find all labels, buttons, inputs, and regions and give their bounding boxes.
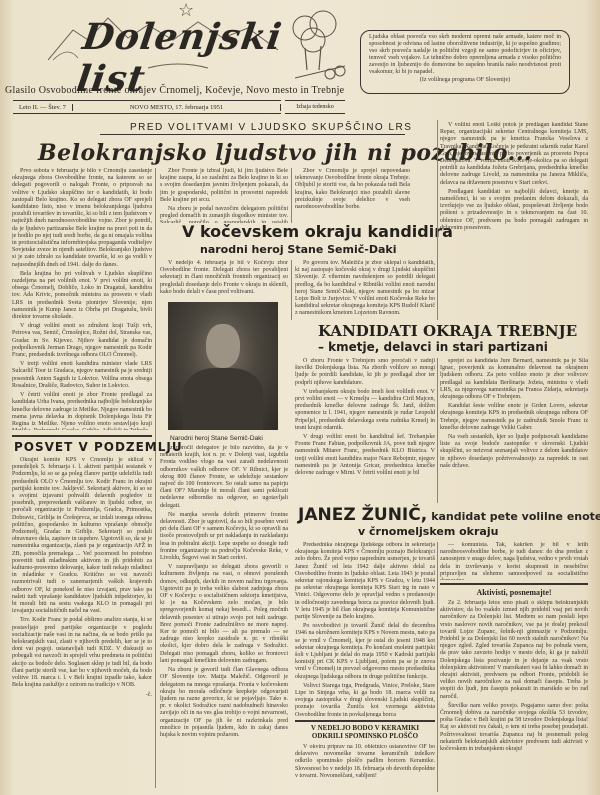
paragraph: Na zboru je govoril tudi član Glavnega o… — [160, 667, 288, 739]
year-issue: Leto II. — Štev. 7 — [13, 104, 72, 111]
divider — [440, 583, 588, 585]
divider — [295, 720, 435, 722]
paragraph: V tretji volilni enoti kandidira ministe… — [12, 361, 152, 390]
article-kocevje-col1: Iz poročil delegatov je bilo razvidno, d… — [160, 445, 288, 790]
column-divider — [437, 358, 438, 503]
article-posvet: Okrajni komite KPS v Črnomlju je sklical… — [12, 457, 152, 790]
paragraph: V drugi volilni enoti bo kandidiral šef.… — [295, 434, 435, 477]
headline-trebnje: KANDIDATI OKRAJA TREBNJE — [318, 322, 577, 340]
paragraph: Številke nam veliko povejo. Pogajamo sam… — [440, 703, 588, 753]
paragraph: Na vseh sestankih, kjer so ljudje podpis… — [440, 434, 588, 470]
paragraph: Bela krajina bo pri volitvah v Ljudsko s… — [12, 271, 152, 321]
paragraph: V trebanjskem okraju bodo imeli šest vol… — [295, 389, 435, 432]
article-kocevje-col3: V volilni enoti Loški potok je predlagan… — [440, 122, 588, 320]
paragraph: V okviru priprav na 10. obletnico ustano… — [295, 744, 435, 780]
paragraph: Po osvoboditvi je tovariš Žunič delal do… — [295, 623, 435, 681]
headline-zunic-name: JANEZ ŽUNIČ, — [298, 505, 427, 525]
headline-zunic: JANEZ ŽUNIČ, kandidat pete volilne enote — [298, 505, 600, 525]
quote-text: Ljudska oblast posveča vso skrb moderni … — [369, 34, 561, 75]
headline-posvet: POSVET V PODZEMLJU — [14, 440, 183, 454]
paragraph: Tov. Kodir Franc je podal obširno analiz… — [12, 617, 152, 689]
column-divider — [437, 542, 438, 792]
portrait-face — [206, 324, 240, 368]
portrait-body — [183, 368, 263, 430]
headline-zunic-rest: kandidat pete volilne enote — [431, 510, 600, 523]
article-bela-krajina-col1: Prvo sobota v februarju je bilo v Črnoml… — [12, 168, 152, 430]
article-bela-krajina-col3: Zbor v Črnomlju je sprejel nepovedano te… — [295, 168, 410, 223]
signature: -č. — [12, 692, 152, 699]
paragraph: Predsednika okrajnega ljudskega odbora i… — [295, 542, 435, 621]
paragraph: Okrajni komite KPS v Črnomlju je sklical… — [12, 457, 152, 615]
paragraph: O zboru Fronte v Trebnjem smo poročali v… — [295, 358, 435, 387]
paragraph: Predlagani kandidati so najboljši delavc… — [440, 189, 588, 232]
photo-caption: Narodni heroj Stane Semič-Daki — [170, 435, 263, 442]
paragraph: Že 2. februarja letos smo pisali o sklep… — [440, 600, 588, 701]
column-divider — [155, 168, 156, 788]
article-zunic-col1: Predsednika okrajnega ljudskega odbora i… — [295, 542, 435, 717]
portrait-photo-stane-semic-daki — [168, 302, 278, 430]
paragraph: Na zboru je podal navzočim delegatom pol… — [160, 206, 288, 223]
article-keramika: V okviru priprav na 10. obletnico ustano… — [295, 744, 435, 790]
paragraph: V volilni enoti Loški potok je predlagan… — [440, 122, 588, 187]
quote-source: (Iz volilnega programa OF Slovenije) — [369, 77, 561, 84]
place-date: NOVO MESTO, 17. februarja 1951 — [72, 104, 281, 111]
subheadline-kocevje: narodni heroj Stane Semič-Daki — [200, 243, 396, 256]
article-trebnje-col1: O zboru Fronte v Trebnjem smo poročali v… — [295, 358, 435, 503]
subheadline-trebnje: – kmetje, delavci in stari partizani — [318, 340, 548, 354]
paragraph: Kandidat šeste volilne enote je Grden Lo… — [440, 403, 588, 432]
article-aktivisti: Že 2. februarja letos smo pisali o sklep… — [440, 600, 588, 790]
newspaper-page: ☆ Dolenjski list Glasilo Osvobodilne fro… — [0, 0, 600, 795]
headline-keramika: V NEDELJO BODO V KERAMIKI ODKRILI SPOMIN… — [295, 724, 435, 740]
paragraph: V nedeljo 4. februarja je bil v Kočevju … — [160, 260, 288, 296]
article-zunic-col2: — komunista. Tak, kakršen je bil v letih… — [440, 542, 588, 580]
paragraph: Zbor Fronte je izbral ljudi, ki jim ljud… — [160, 168, 288, 204]
divider — [100, 134, 405, 135]
section-kicker: PRED VOLITVAMI V LJUDSKO SKUPŠČINO LRS — [130, 122, 412, 133]
masthead: ☆ Dolenjski list — [8, 0, 293, 90]
column-divider — [437, 120, 438, 320]
column-divider — [291, 168, 292, 223]
paragraph: Iz poročil delegatov je bilo razvidno, d… — [160, 445, 288, 510]
paragraph: V razpravljanju so delegati zbora govori… — [160, 564, 288, 665]
headline-kocevje: V kočevskem okraju kandidira — [182, 222, 453, 241]
paragraph: Ne manjka seveda dobrih primerov frontne… — [160, 512, 288, 562]
article-kocevje-col2: Po govoru tov. Maležiča je zbor sklepal … — [295, 260, 435, 320]
article-trebnje-col2: sprejet za kandidata Jure Bernard, names… — [440, 358, 588, 503]
paragraph: Po govoru tov. Maležiča je zbor sklepal … — [295, 260, 435, 318]
issue-info-bar: Leto II. — Štev. 7 NOVO MESTO, 17. febru… — [13, 100, 281, 114]
article-kocevje-intro: V nedeljo 4. februarja je bil v Kočevju … — [160, 260, 288, 300]
column-divider — [291, 260, 292, 320]
newspaper-subtitle: Glasilo Osvobodilne fronte okrajev Črnom… — [5, 85, 344, 96]
article-bela-krajina-col2: Zbor Fronte je izbral ljudi, ki jim ljud… — [160, 168, 288, 223]
paragraph: Prvo sobota v februarju je bilo v Črnoml… — [12, 168, 152, 269]
headline-aktivisti: Aktivisti, posnemajte! — [440, 588, 588, 597]
forest-illustration — [285, 8, 355, 83]
headline-zunic-line2: v črnomeljskem okraju — [358, 525, 498, 538]
frequency-box: Izhaja tedensko — [285, 100, 345, 114]
paragraph: V drugi volilni enoti so združeni kraji … — [12, 323, 152, 359]
paragraph: V četrti volilni enoti je zbor Fronte pr… — [12, 392, 152, 430]
program-quote-box: Ljudska oblast posveča vso skrb moderni … — [360, 30, 570, 94]
paragraph: — komunista. Tak, kakršen je bil v letih… — [440, 542, 588, 580]
divider — [12, 435, 152, 437]
paragraph: sprejet za kandidata Jure Bernard, names… — [440, 358, 588, 401]
frequency: Izhaja tedensko — [296, 104, 333, 110]
paragraph: Zbor v Črnomlju je sprejel nepovedano te… — [295, 168, 410, 211]
paragraph: Volivci Starega trga, Predgrada, Vinice,… — [295, 683, 435, 717]
